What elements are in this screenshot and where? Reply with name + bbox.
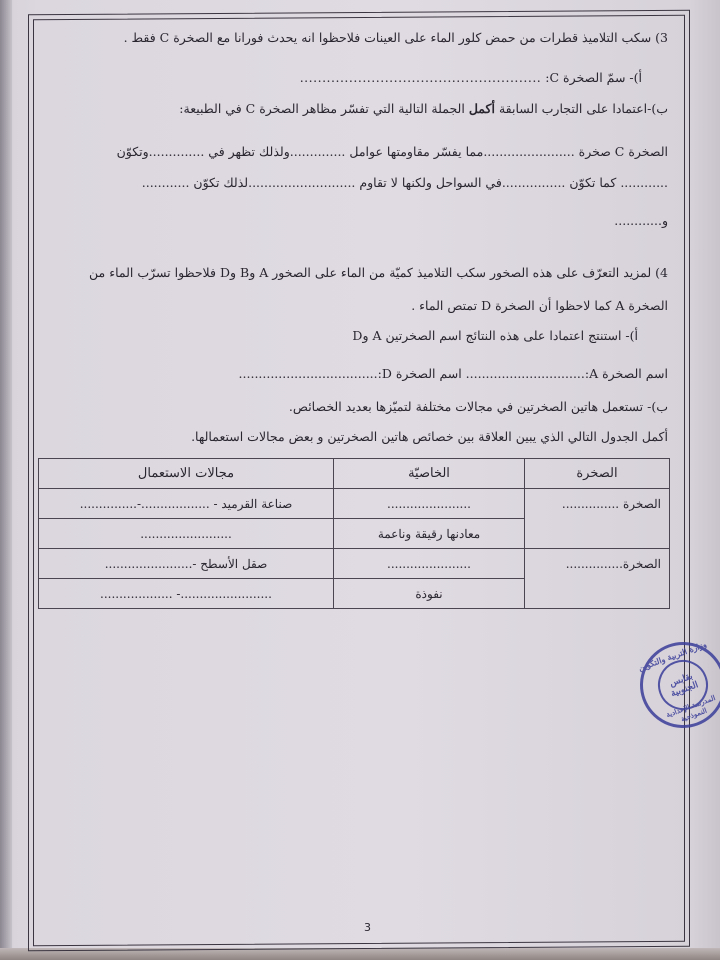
- uses-cell[interactable]: ........................- ..............…: [39, 579, 334, 609]
- q3-a-question: أ)- سمّ الصخرة C: ......................…: [300, 70, 642, 86]
- q3-fill-line-1[interactable]: الصخرة C صخرة .......................مما…: [117, 144, 668, 160]
- photo-edge: [0, 0, 12, 960]
- uses-cell[interactable]: صناعة القرميد - ..................-.....…: [39, 489, 334, 519]
- q3-fill-line-2[interactable]: ............ كما تكوّن ................ف…: [142, 175, 668, 191]
- property-cell: معادنها رقيقة وناعمة: [334, 519, 525, 549]
- uses-cell[interactable]: صقل الأسطح -.......................: [39, 549, 334, 579]
- q3-b-bold-verb: أكمل: [469, 101, 495, 116]
- header-property: الخاصيّة: [334, 459, 525, 489]
- uses-cell[interactable]: ........................: [39, 519, 334, 549]
- q3-b-question: ب)-اعتمادا على التجارب السابقة أكمل الجم…: [179, 101, 668, 117]
- header-rock: الصخرة: [525, 459, 670, 489]
- q4-a-question: أ)- استنتج اعتمادا على هذه النتائج اسم ا…: [352, 328, 638, 344]
- rock-cell[interactable]: الصخرة...............: [525, 549, 670, 609]
- property-cell[interactable]: ......................: [334, 549, 525, 579]
- table-row: الصخرة ............... .................…: [39, 489, 670, 519]
- q4-b-question: ب)- تستعمل هاتين الصخرتين في مجالات مختل…: [289, 399, 668, 415]
- q3-intro: 3) سكب التلاميذ قطرات من حمض كلور الماء …: [124, 30, 668, 46]
- property-cell: نفوذة: [334, 579, 525, 609]
- table-row: الصخرة............... ..................…: [39, 549, 670, 579]
- rock-cell[interactable]: الصخرة ...............: [525, 489, 670, 549]
- q3-b-rest: الجملة التالية التي تفسّر مظاهر الصخرة C…: [179, 101, 465, 116]
- header-uses: مجالات الاستعمال: [39, 459, 334, 489]
- q3-a-label: أ)- سمّ الصخرة C:: [545, 70, 642, 85]
- q3-a-answer-blank[interactable]: ........................................…: [300, 70, 542, 85]
- q4-rock-names-line[interactable]: اسم الصخرة A:...........................…: [239, 366, 668, 382]
- q3-fill-line-3[interactable]: و............: [614, 213, 668, 229]
- q4-intro-line-2: الصخرة A كما لاحظوا أن الصخرة D تمتص الم…: [411, 298, 668, 314]
- property-cell[interactable]: ......................: [334, 489, 525, 519]
- q4-intro-line-1: 4) لمزيد التعرّف على هذه الصخور سكب التل…: [89, 265, 668, 281]
- q3-b-label: ب)-اعتمادا على التجارب السابقة: [499, 101, 668, 116]
- q4-table-instruction: أكمل الجدول التالي الذي يبين العلاقة بين…: [191, 429, 668, 445]
- table-header-row: الصخرة الخاصيّة مجالات الاستعمال: [39, 459, 670, 489]
- rocks-properties-table: الصخرة الخاصيّة مجالات الاستعمال الصخرة …: [38, 458, 670, 609]
- page-number: 3: [364, 921, 371, 934]
